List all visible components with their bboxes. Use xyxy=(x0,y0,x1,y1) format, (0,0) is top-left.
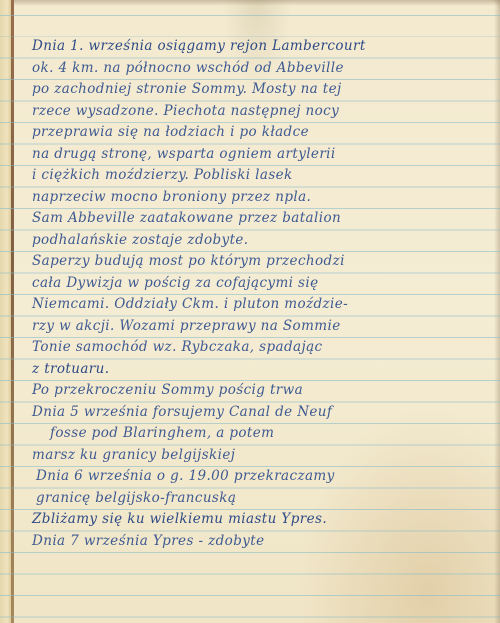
text-line: naprzeciw mocno broniony przez npla. xyxy=(32,187,494,209)
text-line: Po przekroczeniu Sommy pościg trwa xyxy=(32,380,494,402)
scanned-page: Dnia 1. września osiągamy rejon Lamberco… xyxy=(0,0,500,623)
text-line: na drugą stronę, wsparta ogniem artyleri… xyxy=(32,144,494,166)
text-line: Dnia 6 września o g. 19.00 przekraczamy xyxy=(32,466,494,488)
text-line: i ciężkich moździerzy. Pobliski lasek xyxy=(32,165,494,187)
text-line: po zachodniej stronie Sommy. Mosty na te… xyxy=(32,79,494,101)
text-line: rzece wysadzone. Piechota następnej nocy xyxy=(32,101,494,123)
text-line: ok. 4 km. na północno wschód od Abbevill… xyxy=(32,58,494,80)
text-line: Dnia 1. września osiągamy rejon Lamberco… xyxy=(32,36,494,58)
text-line: podhalańskie zostaje zdobyte. xyxy=(32,230,494,252)
text-line: rzy w akcji. Wozami przeprawy na Sommie xyxy=(32,316,494,338)
text-line: z trotuaru. xyxy=(32,359,494,381)
text-line: Zbliżamy się ku wielkiemu miastu Ypres. xyxy=(32,509,494,531)
text-line: marsz ku granicy belgijskiej xyxy=(32,445,494,467)
text-line: Niemcami. Oddziały Ckm. i pluton moździe… xyxy=(32,294,494,316)
text-line: Tonie samochód wz. Rybczaka, spadając xyxy=(32,337,494,359)
text-line: fosse pod Blaringhem, a potem xyxy=(32,423,494,445)
text-line: granicę belgijsko-francuską xyxy=(32,488,494,510)
text-line: Sam Abbeville zaatakowane przez batalion xyxy=(32,208,494,230)
text-line: Dnia 5 września forsujemy Canal de Neuf xyxy=(32,402,494,424)
text-line: Saperzy budują most po którym przechodzi xyxy=(32,251,494,273)
handwritten-text: Dnia 1. września osiągamy rejon Lamberco… xyxy=(32,36,494,552)
text-line: Dnia 7 września Ypres - zdobyte xyxy=(32,531,494,553)
text-line: przeprawia się na łodziach i po kładce xyxy=(32,122,494,144)
text-line: cała Dywizja w pościg za cofającymi się xyxy=(32,273,494,295)
